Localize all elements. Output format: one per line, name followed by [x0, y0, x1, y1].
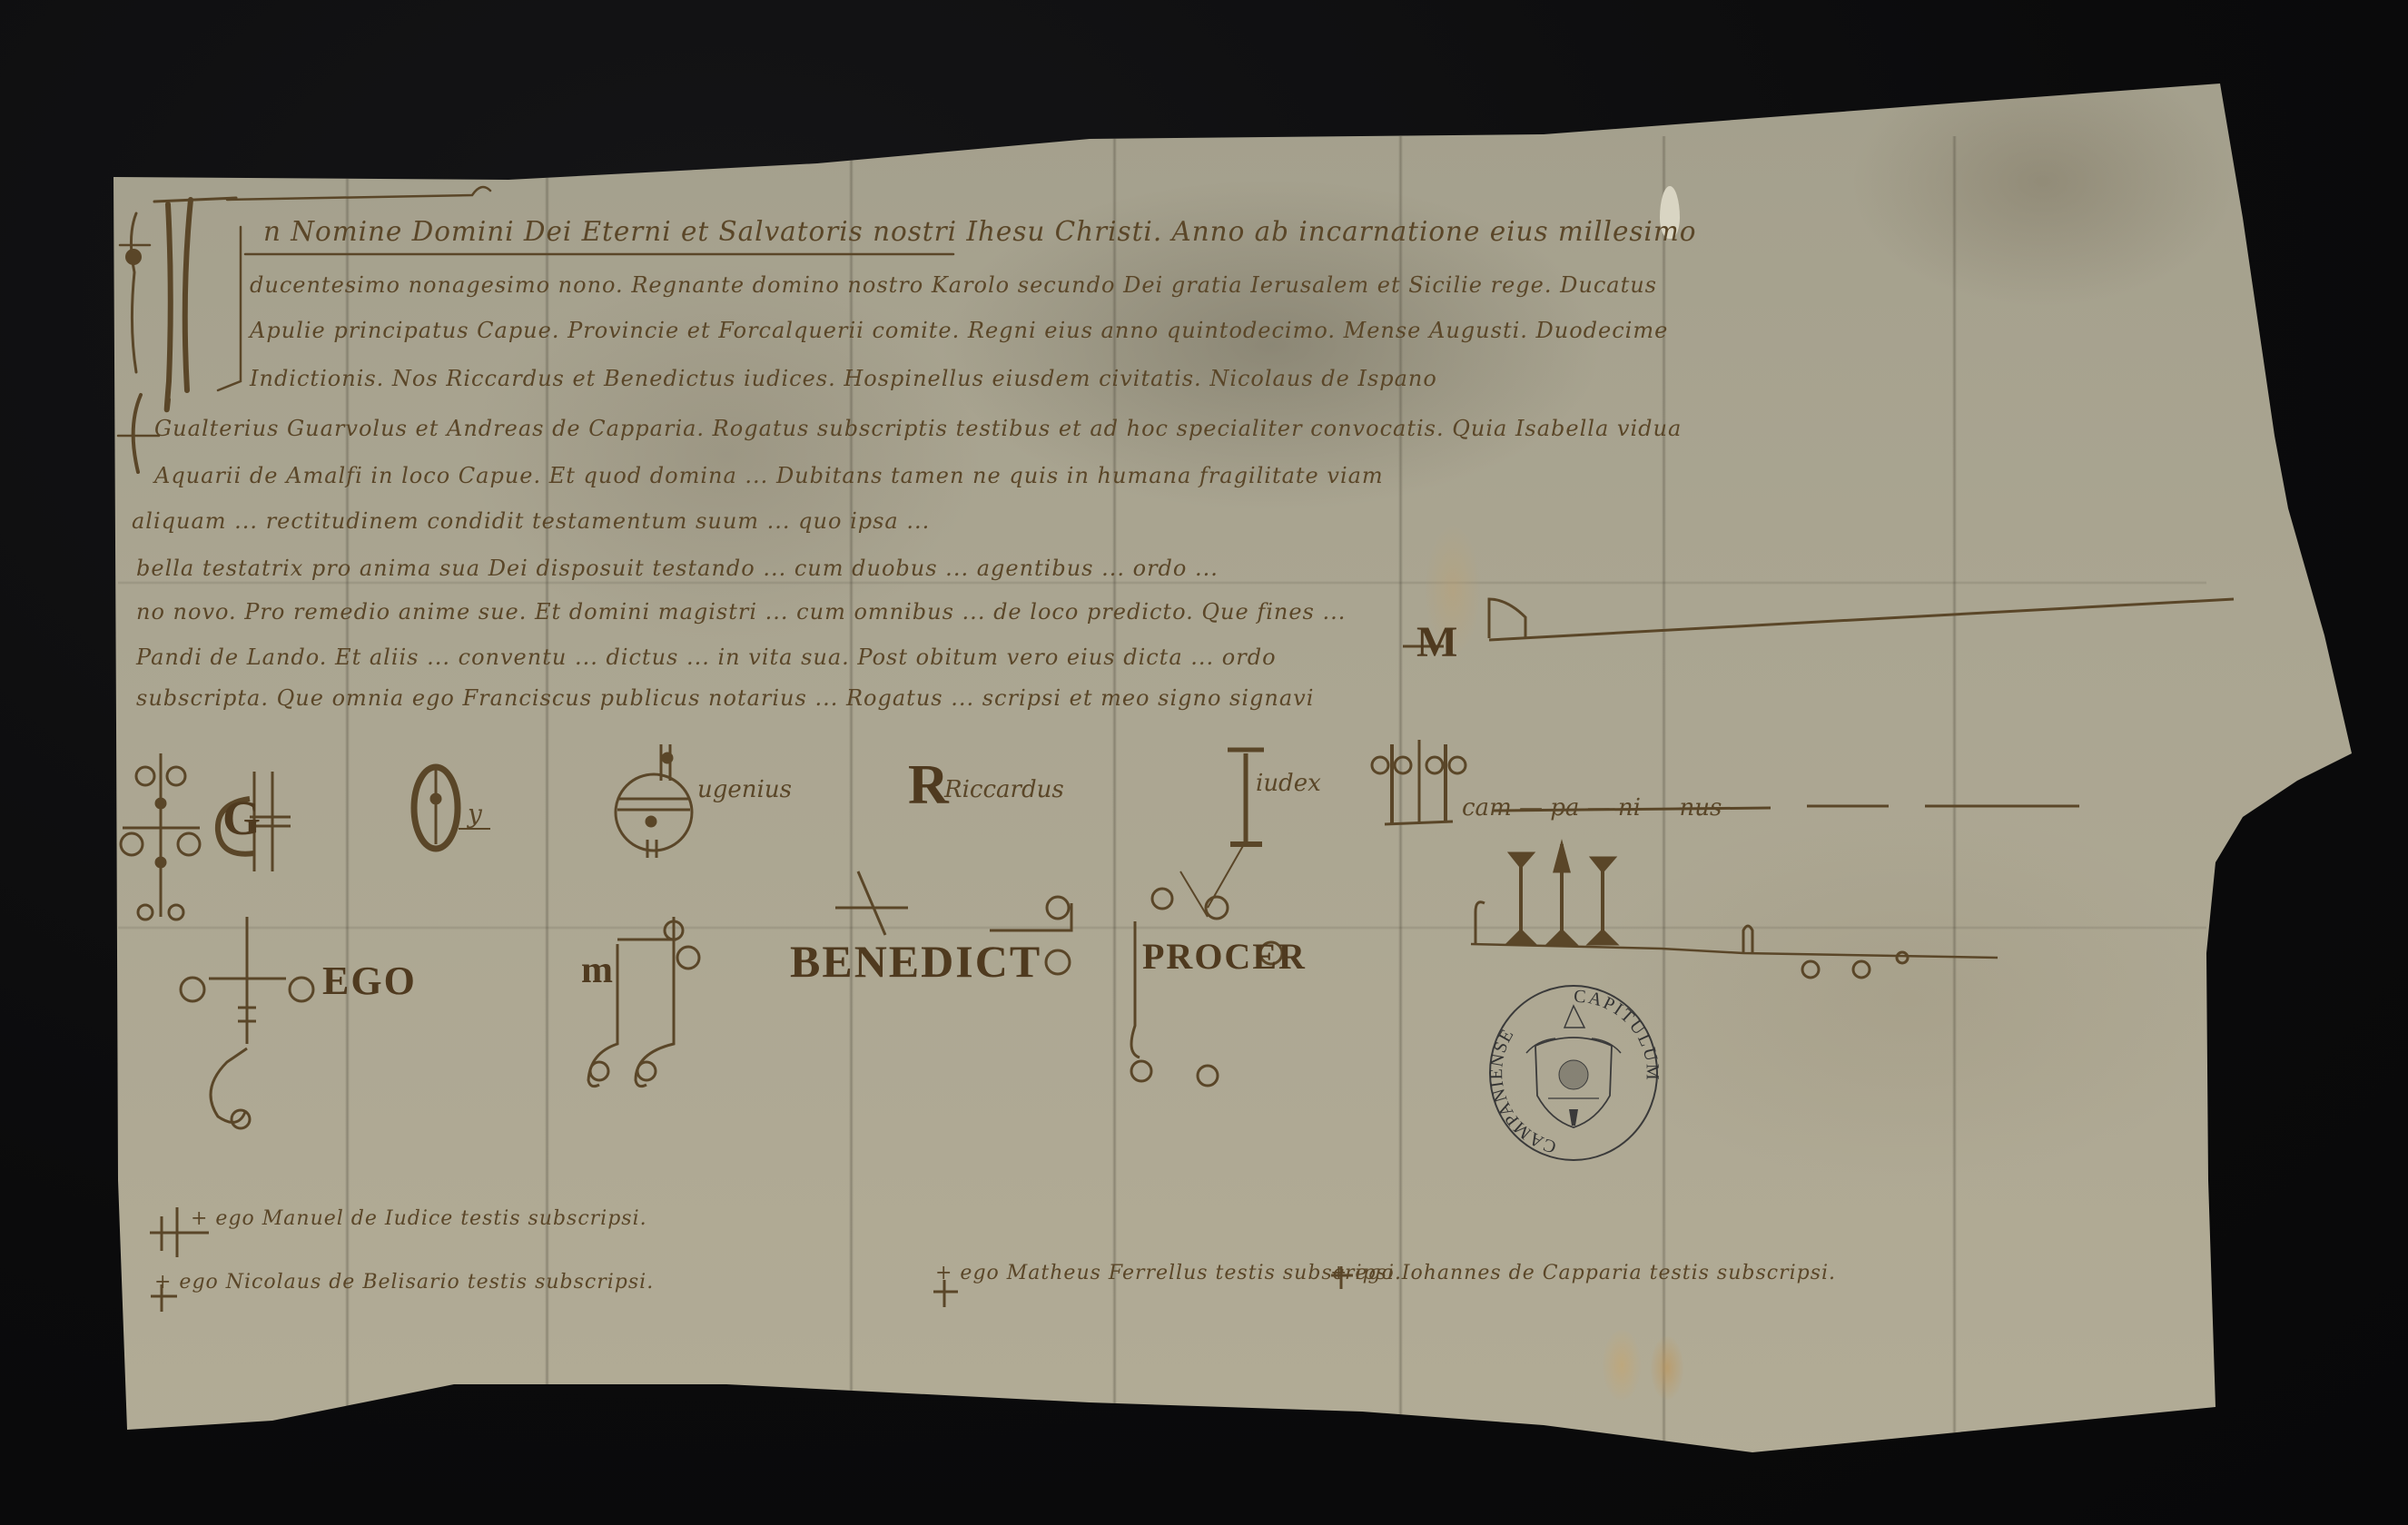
chalice-icon	[1569, 1109, 1578, 1126]
signum-procer-drawing	[1131, 871, 1282, 1086]
initial-i-stroke-left	[167, 204, 171, 409]
text-line-9: no novo. Pro remedio anime sue. Et domin…	[136, 599, 1346, 625]
signum-triple-columns-drawing	[1471, 844, 1998, 978]
text-line-7: aliquam ... rectitudinem condidit testam…	[132, 508, 930, 534]
text-line-6: Aquarii de Amalfi in loco Capue. Et quod…	[154, 463, 1384, 488]
text-line-5: Gualterius Guarvolus et Andreas de Cappa…	[154, 416, 1682, 441]
witness-subscription-1: + ego Manuel de Iudice testis subscripsi…	[191, 1207, 647, 1230]
text-line-8: bella testatrix pro anima sua Dei dispos…	[136, 556, 1219, 581]
signum-cross-1-drawing	[121, 753, 200, 920]
svg-text:CAMPANIENSE: CAMPANIENSE	[1486, 1026, 1558, 1157]
saint-figure-icon	[1559, 1060, 1588, 1089]
text-line-4: Indictionis. Nos Riccardus et Benedictus…	[250, 366, 1437, 391]
signum-iudex-label: iudex	[1256, 770, 1321, 797]
signum-m-label: m	[581, 949, 615, 992]
signum-o-suffix: y	[468, 799, 482, 829]
seal-text-left: CAMPANIENSE	[1486, 1026, 1558, 1157]
signum-m-drawing	[588, 917, 699, 1087]
text-line-2: ducentesimo nonagesimo nono. Regnante do…	[250, 272, 1657, 298]
signum-procer-label: PROCER	[1142, 935, 1307, 978]
signum-benedictus-label: BENEDICT	[790, 935, 1041, 988]
signum-riccardus-label: Riccardus	[944, 776, 1064, 803]
signum-ugenius-label: ugenius	[697, 776, 792, 803]
signum-ego-label: EGO	[322, 958, 417, 1004]
signum-ugenius-drawing	[616, 744, 692, 858]
notary-signum-m: M	[1416, 617, 1459, 667]
text-line-11: subscripta. Que omnia ego Franciscus pub…	[136, 685, 1314, 711]
witness-subscription-2: + ego Nicolaus de Belisario testis subsc…	[154, 1271, 654, 1294]
capitulum-campaniense-seal-stamp: CAPITULUM CAMPANIENSE	[1483, 982, 1664, 1164]
text-line-10: Pandi de Lando. Et aliis ... conventu ..…	[136, 644, 1277, 670]
text-line-1: n Nomine Domini Dei Eterni et Salvatoris…	[263, 216, 2161, 248]
text-line-3: Apulie principatus Capue. Provincie et F…	[250, 318, 1668, 343]
signum-campanus-label: cam — pa — ni — nus	[1462, 794, 1722, 822]
witness-subscription-4: + ego Iohannes de Capparia testis subscr…	[1330, 1262, 1836, 1284]
signum-cross-2-drawing	[181, 917, 313, 1128]
signum-g-label: G	[222, 790, 262, 846]
initial-i-stroke-right	[185, 200, 191, 390]
mitre-icon	[1564, 1006, 1584, 1028]
